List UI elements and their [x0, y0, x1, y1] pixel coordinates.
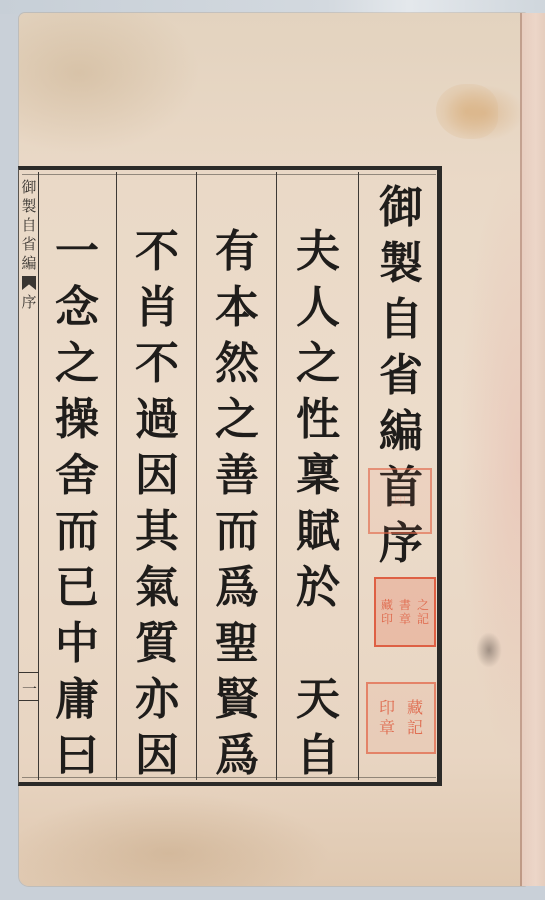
- fish-tail-mark-icon: [22, 276, 36, 290]
- ban-xin-char: 自: [21, 216, 36, 235]
- title-char: 編: [379, 404, 423, 460]
- text-char: 操: [55, 392, 99, 448]
- seal-char: 書: [396, 598, 414, 612]
- ink-smudge: [476, 632, 502, 668]
- text-char: 有: [215, 224, 259, 280]
- text-char: 不: [135, 336, 179, 392]
- seal-char: 印: [394, 494, 406, 508]
- column-divider: [116, 172, 117, 780]
- text-char: 曰: [55, 728, 99, 784]
- column-divider: [276, 172, 277, 780]
- ban-xin-section: 序: [21, 293, 36, 312]
- title-char: 省: [379, 348, 423, 404]
- text-char: 人: [296, 280, 340, 336]
- text-column-4: 不 肖 不 過 因 其 氣 質 亦 因: [118, 224, 196, 784]
- text-char: 舍: [55, 448, 99, 504]
- ban-xin-char: 御: [21, 178, 36, 197]
- scan-background: [0, 0, 545, 14]
- text-char: 之: [296, 336, 340, 392]
- text-char: 質: [135, 616, 179, 672]
- seal-char: 之: [414, 598, 432, 612]
- text-char: 氣: [135, 560, 179, 616]
- ban-xin-rule: [19, 672, 39, 673]
- text-char: 而: [215, 504, 259, 560]
- seal-char: 印: [373, 698, 401, 718]
- column-divider: [358, 172, 359, 780]
- text-char: 之: [215, 392, 259, 448]
- frame-inner-rule-top: [22, 174, 436, 175]
- text-char: 亦: [135, 672, 179, 728]
- text-char: 一: [55, 224, 99, 280]
- text-column-3: 有 本 然 之 善 而 爲 聖 賢 爲: [198, 224, 276, 784]
- seal-char: 章: [396, 612, 414, 626]
- column-divider: [196, 172, 197, 780]
- text-char: 之: [55, 336, 99, 392]
- text-char: 夫: [296, 224, 340, 280]
- seal-stamp-lower: 印 藏 章 記: [366, 682, 436, 754]
- text-char: 善: [215, 448, 259, 504]
- text-column-5: 一 念 之 操 舍 而 已 中 庸 曰: [38, 224, 116, 784]
- ban-xin-char: 編: [21, 254, 36, 273]
- text-char: 性: [296, 392, 340, 448]
- text-char: 賦: [296, 504, 340, 560]
- text-char: 然: [215, 336, 259, 392]
- seal-char: 記: [414, 612, 432, 626]
- text-char: 賢: [215, 672, 259, 728]
- ban-xin-page-number: 一: [22, 678, 37, 699]
- adjacent-leaf-edge: [522, 13, 545, 886]
- seal-char: 記: [401, 718, 429, 738]
- ban-xin-char: 製: [21, 197, 36, 216]
- text-char: 爲: [215, 728, 259, 784]
- text-column-2: 夫 人 之 性 稟 賦 於 天 自: [279, 224, 357, 784]
- text-char: 念: [55, 280, 99, 336]
- text-char: 不: [135, 224, 179, 280]
- title-char: 製: [379, 236, 423, 292]
- seal-stamp-middle: 藏 書 之 印 章 記: [374, 577, 436, 647]
- text-char: 因: [135, 448, 179, 504]
- text-char: 聖: [215, 616, 259, 672]
- text-char: 過: [135, 392, 179, 448]
- ban-xin-margin: 御 製 自 省 編 序: [19, 178, 39, 312]
- text-char: 已: [55, 560, 99, 616]
- title-char: 御: [379, 180, 423, 236]
- text-char: 稟: [296, 448, 340, 504]
- text-char: 而: [55, 504, 99, 560]
- seal-stamp-upper: 印: [368, 468, 432, 534]
- honorific-space: [296, 616, 340, 672]
- text-char: 自: [296, 728, 340, 784]
- text-char: 肖: [135, 280, 179, 336]
- seal-char: 藏: [378, 598, 396, 612]
- seal-char: 藏: [401, 698, 429, 718]
- title-char: 自: [379, 292, 423, 348]
- water-stain: [436, 84, 498, 139]
- text-char: 因: [135, 728, 179, 784]
- text-char: 庸: [55, 672, 99, 728]
- text-char: 本: [215, 280, 259, 336]
- text-char: 爲: [215, 560, 259, 616]
- ban-xin-char: 省: [21, 235, 36, 254]
- text-char: 其: [135, 504, 179, 560]
- ban-xin-rule: [19, 700, 39, 701]
- text-char: 天: [296, 672, 340, 728]
- text-char: 中: [55, 616, 99, 672]
- seal-char: 章: [373, 718, 401, 738]
- text-char: 於: [296, 560, 340, 616]
- seal-char: 印: [378, 612, 396, 626]
